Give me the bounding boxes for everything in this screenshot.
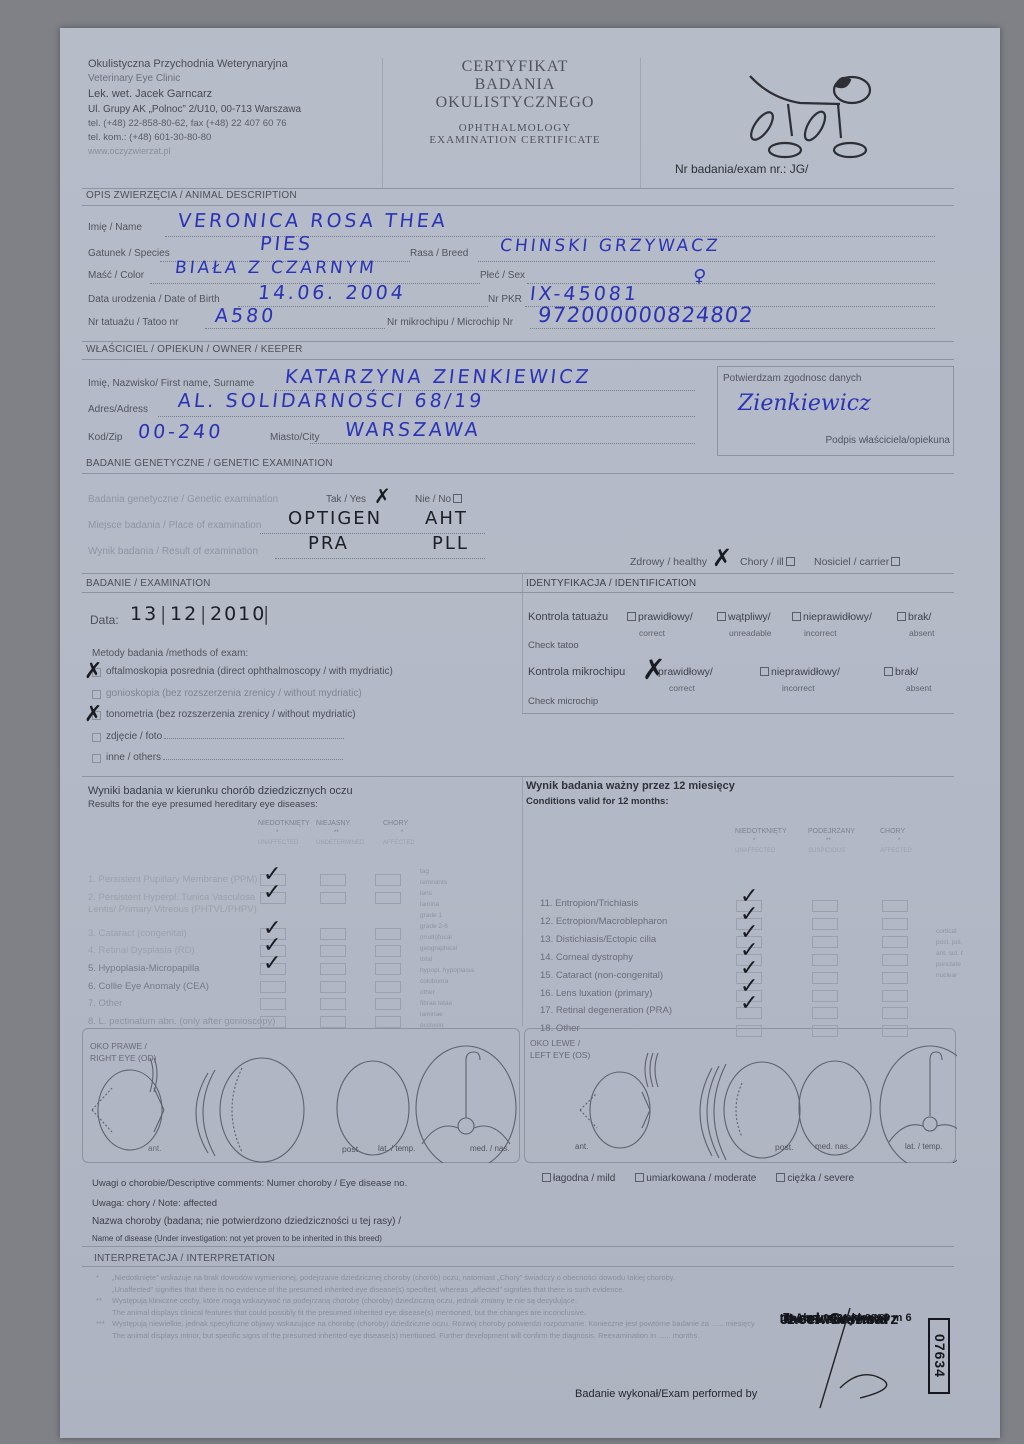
healthy-checkmark: ✗ — [712, 546, 732, 570]
chip-value[interactable]: 972000000824802 — [537, 303, 755, 327]
exam-number: Nr badania/exam nr.: JG/ — [675, 162, 808, 176]
hereditary-disease-label: 8. L. pectinatum abn. (only after gonios… — [88, 1016, 275, 1027]
clinic-phone: tel. (+48) 22-858-80-62, fax (+48) 22 40… — [88, 118, 388, 129]
vet-signature-icon — [780, 1298, 930, 1428]
right-post-label: post — [342, 1144, 358, 1154]
valid12-disease-label: 14. Corneal dystrophy — [540, 952, 633, 963]
clinic-doctor: Lek. wet. Jacek Garncarz — [88, 88, 388, 100]
method-option[interactable]: zdjęcie / foto — [90, 731, 510, 753]
dob-label: Data urodzenia / Date of Birth — [88, 294, 220, 305]
left-post-label: post. — [775, 1142, 793, 1152]
animal-section-title: OPIS ZWIERZĘCIA / ANIMAL DESCRIPTION — [86, 190, 297, 201]
hereditary-result-box[interactable] — [260, 998, 286, 1010]
severity-options: łagodna / mildumiarkowana / moderatecięż… — [540, 1173, 872, 1184]
genetic-result-value-1[interactable]: PRA — [308, 533, 349, 554]
title-line-3: OKULISTYCZNEGO — [395, 94, 635, 112]
species-value[interactable]: PIES — [259, 233, 314, 255]
interpretation-text-line: The animal displays minor, but specific … — [112, 1331, 699, 1340]
valid12-disease-label: 11. Entropion/Trichiasis — [540, 898, 638, 909]
subtitle-line-2: EXAMINATION CERTIFICATE — [395, 134, 635, 146]
genetic-place-value-1[interactable]: OPTIGEN — [288, 508, 382, 529]
method-option[interactable]: gonioskopia (bez rozszerzenia zrenicy / … — [90, 688, 510, 710]
tattoo-option-en: unreadable — [729, 628, 772, 638]
genetic-carrier-option[interactable]: Nosiciel / carrier — [814, 556, 902, 568]
genetic-yes-checkmark: ✗ — [374, 486, 391, 506]
breed-value[interactable]: CHINSKI GRZYWACZ — [499, 236, 722, 256]
genetic-place-value-2[interactable]: AHT — [425, 508, 468, 529]
chip-option-en: incorrect — [782, 683, 815, 693]
chip-option-checkbox[interactable] — [760, 667, 769, 676]
valid12-side-note: cortical — [936, 926, 963, 937]
method-fill-line — [164, 738, 344, 739]
valid12-col-header: CHORY — [880, 828, 905, 835]
owner-name-label: Imię, Nazwisko/ First name, Surname — [88, 378, 254, 389]
method-label: gonioskopia (bez rozszerzenia zrenicy / … — [106, 688, 362, 699]
chip-option-label: brak/ — [895, 666, 918, 678]
method-label: oftalmoskopia posrednia (direct ophthalm… — [106, 666, 393, 677]
hereditary-result-box[interactable] — [320, 981, 346, 993]
valid12-result-box[interactable] — [736, 1025, 762, 1037]
examination-section-title: BADANIE / EXAMINATION — [86, 578, 211, 589]
interpretation-text-line: „Niedotknięte” wskazuje na brak dowodów … — [112, 1273, 675, 1282]
hereditary-col-en: UNAFFECTED — [258, 840, 298, 846]
hereditary-result-box[interactable] — [320, 945, 346, 957]
hereditary-result-box[interactable] — [320, 928, 346, 940]
chip-option-label: nieprawidłowy/ — [771, 666, 840, 678]
hereditary-side-note: laminae — [420, 1009, 474, 1020]
hereditary-title-en: Results for the eye presumed hereditary … — [88, 799, 318, 810]
valid12-col-mark: ** — [826, 838, 831, 844]
hereditary-side-note: hypopl. hypoplasia — [420, 965, 474, 976]
method-label: zdjęcie / foto — [106, 731, 162, 742]
valid12-result-box[interactable] — [812, 1007, 838, 1019]
hereditary-result-box[interactable] — [375, 981, 401, 993]
method-label: tonometria (bez rozszerzenia zrenicy / w… — [106, 709, 356, 720]
chip-option-en: correct — [669, 683, 695, 693]
interpretation-section-title: INTERPRETACJA / INTERPRETATION — [94, 1253, 275, 1264]
owner-name-value[interactable]: KATARZYNA ZIENKIEWICZ — [284, 366, 593, 388]
unaffected-checkmark: ✓ — [740, 993, 758, 1015]
clinic-name-pl: Okulistyczna Przychodnia Weterynaryjna — [88, 58, 388, 70]
color-value[interactable]: BIAŁA Z CZARNYM — [174, 258, 378, 278]
certificate-sheet: Okulistyczna Przychodnia Weterynaryjna V… — [60, 28, 1000, 1438]
owner-address-value[interactable]: AL. SOLIDARNOŚCI 68/19 — [177, 390, 486, 412]
interpretation-mark: *** — [96, 1318, 105, 1330]
chip-option-label: prawidłowy/ — [658, 666, 713, 678]
left-ant-label: ant. — [575, 1142, 588, 1151]
animal-name-label: Imię / Name — [88, 222, 142, 233]
performed-by-label: Badanie wykonał/Exam performed by — [575, 1388, 757, 1400]
valid12-result-box[interactable] — [812, 972, 838, 984]
title-line-2: BADANIA — [395, 76, 635, 94]
valid12-disease-label: 17. Retinal degeneration (PRA) — [540, 1005, 672, 1016]
chip-check-label: Kontrola mikrochipu — [528, 666, 625, 678]
severity-checkbox[interactable] — [635, 1173, 644, 1182]
hereditary-result-box[interactable] — [320, 892, 346, 904]
method-checkbox[interactable] — [92, 733, 101, 742]
severity-option[interactable]: umiarkowana / moderate — [633, 1173, 756, 1184]
severity-option[interactable]: ciężka / severe — [774, 1173, 854, 1184]
animal-name-value[interactable]: VERONICA ROSA THEA — [177, 210, 449, 232]
hereditary-disease-label: 2. Persistent Hyperpl. Tunica Vasculosa … — [88, 892, 268, 916]
hereditary-title-pl: Wyniki badania w kierunku chorób dziedzi… — [88, 785, 353, 797]
unaffected-checkmark: ✓ — [263, 882, 281, 904]
healthy-label: Zdrowy / healthy — [630, 556, 707, 568]
hereditary-col-en: UNDETERMINED — [316, 840, 364, 846]
dob-value[interactable]: 14.06. 2004 — [257, 282, 407, 304]
chip-option-en: absent — [906, 683, 932, 693]
hereditary-disease-label: 3. Cataract (congenital) — [88, 928, 187, 939]
methods-label: Metody badania /methods of exam: — [92, 648, 248, 659]
tattoo-label: Nr tatuażu / Tatoo nr — [88, 317, 178, 328]
hereditary-result-box[interactable] — [375, 892, 401, 904]
left-med-label: med. nas. — [815, 1142, 850, 1151]
valid12-result-box[interactable] — [882, 1025, 908, 1037]
severity-checkbox[interactable] — [776, 1173, 785, 1182]
valid12-disease-label: 18. Other — [540, 1023, 580, 1034]
hereditary-disease-label: 5. Hypoplasia-Micropapilla — [88, 963, 199, 974]
tattoo-option-label: nieprawidłowy/ — [803, 611, 872, 623]
dog-logo-icon — [740, 68, 880, 168]
signature-caption: Podpis właściciela/opiekuna — [825, 435, 950, 446]
valid12-title-pl: Wynik badania ważny przez 12 miesięcy — [526, 780, 735, 792]
tattoo-option-label: brak/ — [908, 611, 931, 623]
severity-label: umiarkowana / moderate — [646, 1173, 756, 1184]
tattoo-option-checkbox[interactable] — [717, 612, 726, 621]
sex-label: Płeć / Sex — [480, 270, 525, 281]
valid12-result-box[interactable] — [882, 1007, 908, 1019]
chip-option-checkbox[interactable] — [884, 667, 893, 676]
valid12-result-box[interactable] — [882, 954, 908, 966]
severity-label: ciężka / severe — [787, 1173, 854, 1184]
valid12-result-box[interactable] — [812, 954, 838, 966]
owner-signature[interactable]: Zienkiewicz — [738, 391, 871, 416]
genetic-no-checkbox[interactable] — [453, 494, 462, 503]
clinic-info: Okulistyczna Przychodnia Weterynaryjna V… — [88, 58, 388, 156]
hereditary-result-box[interactable] — [375, 874, 401, 886]
valid12-result-box[interactable] — [812, 990, 838, 1002]
tattoo-option-en: absent — [909, 628, 935, 638]
interpretation-mark: * — [96, 1272, 99, 1284]
genetic-no-label: Nie / No — [415, 494, 451, 505]
right-lat-label: lat. / temp. — [378, 1144, 415, 1153]
hereditary-disease-label: 1. Persistent Pupillary Membrane (PPM) — [88, 874, 257, 885]
ill-label: Chory / ill — [740, 556, 784, 568]
exam-date-day[interactable]: 13 — [130, 603, 158, 625]
hereditary-side-note: fibrae latae — [420, 998, 474, 1009]
comments-line-4: Name of disease (Under investigation: no… — [92, 1234, 382, 1243]
clinic-website[interactable]: www.oczyzwierzat.pl — [88, 146, 388, 156]
hereditary-result-box[interactable] — [320, 1016, 346, 1028]
hereditary-result-box[interactable] — [320, 963, 346, 975]
clinic-name-en: Veterinary Eye Clinic — [88, 73, 388, 84]
tattoo-option[interactable]: wątpliwy/ — [715, 611, 771, 623]
valid12-result-box[interactable] — [812, 918, 838, 930]
interpretation-text-line: „Unaffected” signifies that there is no … — [112, 1285, 625, 1294]
valid12-disease-label: 12. Ectropion/Macroblepharon — [540, 916, 667, 927]
methods-list: ✗oftalmoskopia posrednia (direct ophthal… — [90, 666, 510, 774]
hereditary-result-box[interactable] — [375, 928, 401, 940]
exam-date-month[interactable]: 12 — [170, 603, 198, 625]
valid12-disease-label: 13. Distichiasis/Ectopic cilia — [540, 934, 656, 945]
hereditary-side-note: lens — [420, 888, 474, 899]
valid12-result-box[interactable] — [882, 918, 908, 930]
valid12-col-header: PODEJRZANY — [808, 828, 855, 835]
tattoo-option-en: incorrect — [804, 628, 837, 638]
interpretation-text-line: The animal displays clinical features th… — [112, 1308, 586, 1317]
valid12-col-en: AFFECTED — [880, 848, 912, 854]
hereditary-col-header: NIEDOTKNIĘTY — [258, 820, 310, 827]
hereditary-result-box[interactable] — [260, 981, 286, 993]
city-label: Miasto/City — [270, 432, 319, 443]
valid12-col-mark: * — [753, 838, 755, 844]
exam-date-label: Data: — [90, 613, 119, 627]
tattoo-check-sub: Check tatoo — [528, 640, 579, 651]
hereditary-side-note: total — [420, 954, 474, 965]
right-ant-label: ant. — [148, 1144, 161, 1153]
hereditary-result-box[interactable] — [320, 874, 346, 886]
zip-label: Kod/Zip — [88, 432, 122, 443]
method-checkmark: ✗ — [84, 701, 102, 727]
exam-date-year[interactable]: 2010 — [210, 603, 266, 625]
genetic-yes-option[interactable]: Tak / Yes — [326, 494, 366, 505]
subtitle-line-1: OPHTHALMOLOGY — [395, 122, 635, 134]
severity-checkbox[interactable] — [542, 1173, 551, 1182]
valid12-side-note: ant. sut. t — [936, 948, 963, 959]
left-lat-label: lat. / temp. — [905, 1142, 942, 1151]
city-value[interactable]: WARSZAWA — [344, 419, 482, 441]
tattoo-check-label: Kontrola tatuażu — [528, 611, 608, 623]
hereditary-result-box[interactable] — [375, 963, 401, 975]
genetic-result-label: Wynik badania / Result of examination — [88, 546, 258, 557]
hereditary-disease-label: 4. Retinal Dysplasia (RD) — [88, 945, 195, 956]
method-fill-line — [163, 759, 343, 760]
interpretation-text-line: Występują niewielkie, jednak specyficzne… — [112, 1319, 755, 1328]
clinic-address: Ul. Grupy AK „Polnoc” 2/U10, 00-713 Wars… — [88, 104, 388, 115]
pkr-value[interactable]: IX-45081 — [529, 283, 640, 305]
hereditary-side-note: (multi)focal — [420, 932, 474, 943]
comments-line-3: Nazwa choroby (badana; nie potwierdzono … — [92, 1216, 401, 1227]
hereditary-disease-label: 6. Collie Eye Anomaly (CEA) — [88, 981, 209, 992]
valid12-result-box[interactable] — [882, 972, 908, 984]
identification-section-title: IDENTYFIKACJA / IDENTIFICATION — [526, 578, 696, 589]
hereditary-disease-label: 7. Other — [88, 998, 122, 1009]
genetic-yes-label: Tak / Yes — [326, 494, 366, 505]
genetic-no-option[interactable]: Nie / No — [415, 494, 464, 505]
hereditary-side-note: lamina — [420, 899, 474, 910]
method-checkbox[interactable] — [92, 690, 101, 699]
hereditary-result-box[interactable] — [375, 998, 401, 1010]
hereditary-side-note: other — [420, 987, 474, 998]
genetic-result-value-2[interactable]: PLL — [432, 533, 469, 554]
valid12-result-box[interactable] — [882, 990, 908, 1002]
hereditary-result-box[interactable] — [260, 1016, 286, 1028]
stamp-number-box: 07634 — [928, 1318, 950, 1394]
chip-option[interactable]: brak/ — [882, 666, 918, 678]
owner-confirmation-box: Potwierdzam zgodnosc danych Zienkiewicz … — [717, 366, 954, 456]
severity-label: łagodna / mild — [553, 1173, 615, 1184]
right-med-label: med. / nas. — [470, 1144, 510, 1153]
species-label: Gatunek / Species — [88, 248, 170, 259]
hereditary-col-mark: * — [276, 830, 278, 836]
tattoo-option-label: wątpliwy/ — [728, 611, 771, 623]
valid12-result-box[interactable] — [882, 936, 908, 948]
valid12-disease-label: 15. Cataract (non-congenital) — [540, 970, 663, 981]
hereditary-col-en: AFFECTED — [383, 840, 415, 846]
chip-option[interactable]: nieprawidłowy/ — [758, 666, 840, 678]
genetic-section-title: BADANIE GENETYCZNE / GENETIC EXAMINATION — [86, 458, 333, 469]
comments-line-2: Uwaga: chory / Note: affected — [92, 1198, 217, 1209]
hereditary-result-box[interactable] — [320, 998, 346, 1010]
tattoo-option-checkbox[interactable] — [897, 612, 906, 621]
method-option[interactable]: ✗oftalmoskopia posrednia (direct ophthal… — [90, 666, 510, 688]
title-line-1: CERTYFIKAT — [395, 58, 635, 76]
zip-value[interactable]: 00-240 — [137, 421, 225, 443]
carrier-checkbox[interactable] — [891, 557, 900, 566]
hereditary-side-note: remnants — [420, 877, 474, 888]
hereditary-result-box[interactable] — [375, 945, 401, 957]
chip-label: Nr mikrochipu / Microchip Nr — [387, 317, 513, 328]
owner-section-title: WŁAŚCICIEL / OPIEKUN / OWNER / KEEPER — [86, 344, 303, 355]
hereditary-side-note: geographical — [420, 943, 474, 954]
method-option[interactable]: ✗tonometria (bez rozszerzenia zrenicy / … — [90, 709, 510, 731]
genetic-exam-label: Badania genetyczne / Genetic examination — [88, 494, 278, 505]
clinic-mobile: tel. kom.: (+48) 601-30-80-80 — [88, 132, 388, 143]
tattoo-option-checkbox[interactable] — [792, 612, 801, 621]
stamp-number: 07634 — [932, 1320, 948, 1392]
tattoo-option-checkbox[interactable] — [627, 612, 636, 621]
chip-correct-checkmark: ✗ — [642, 656, 665, 684]
ill-checkbox[interactable] — [786, 557, 795, 566]
interpretation-text-line: Występują kliniczne cechy, które mogą ws… — [112, 1296, 577, 1305]
hereditary-side-note: grade 1 — [420, 910, 474, 921]
valid12-title-en: Conditions valid for 12 months: — [526, 796, 669, 807]
hereditary-col-mark: * — [401, 830, 403, 836]
hereditary-col-mark: ** — [334, 830, 339, 836]
color-label: Maść / Color — [88, 270, 144, 281]
hereditary-col-header: CHORY — [383, 820, 408, 827]
interpretation-line: „Unaffected” signifies that there is no … — [96, 1284, 916, 1296]
breed-label: Rasa / Breed — [410, 248, 468, 259]
valid12-disease-label: 16. Lens luxation (primary) — [540, 988, 652, 999]
valid12-col-en: SUSPICIOUS — [808, 848, 845, 854]
hereditary-result-box[interactable] — [375, 1016, 401, 1028]
tattoo-option[interactable]: brak/ — [895, 611, 931, 623]
confirm-label: Potwierdzam zgodnosc danych — [723, 373, 861, 384]
tattoo-value[interactable]: A580 — [214, 305, 278, 327]
valid12-result-box[interactable] — [812, 900, 838, 912]
unaffected-checkmark: ✓ — [263, 953, 281, 975]
interpretation-mark: ** — [96, 1295, 102, 1307]
genetic-ill-option[interactable]: Chory / ill — [740, 556, 797, 568]
method-checkmark: ✗ — [84, 658, 102, 684]
certificate-title: CERTYFIKAT BADANIA OKULISTYCZNEGO OPHTHA… — [395, 58, 635, 146]
hereditary-side-note: grade 2-6 — [420, 921, 474, 932]
valid12-side-note: post. pol. — [936, 937, 963, 948]
chip-check-sub: Check microchip — [528, 696, 598, 707]
carrier-label: Nosiciel / carrier — [814, 556, 889, 568]
valid12-side-note: punctate — [936, 959, 963, 970]
valid12-result-box[interactable] — [812, 936, 838, 948]
genetic-healthy-option[interactable]: Zdrowy / healthy — [630, 556, 707, 568]
valid12-col-mark: * — [898, 838, 900, 844]
method-label: inne / others — [106, 752, 161, 763]
genetic-place-label: Miejsce badania / Place of examination — [88, 520, 261, 531]
valid12-col-en: UNAFFECTED — [735, 848, 775, 854]
tattoo-option[interactable]: prawidłowy/ — [625, 611, 693, 623]
valid12-result-box[interactable] — [882, 900, 908, 912]
tattoo-option-label: prawidłowy/ — [638, 611, 693, 623]
interpretation-line: *„Niedotknięte” wskazuje na brak dowodów… — [96, 1272, 916, 1284]
valid12-result-box[interactable] — [812, 1025, 838, 1037]
hereditary-col-header: NIEJASNY — [316, 820, 350, 827]
severity-option[interactable]: łagodna / mild — [540, 1173, 615, 1184]
valid12-side-note: nuclear — [936, 970, 963, 981]
hereditary-side-note: coloboma — [420, 976, 474, 987]
comments-line-1: Uwagi o chorobie/Descriptive comments: N… — [92, 1178, 407, 1189]
pkr-label: Nr PKR — [488, 294, 522, 305]
tattoo-option[interactable]: nieprawidłowy/ — [790, 611, 872, 623]
method-checkbox[interactable] — [92, 754, 101, 763]
hereditary-side-note: tag — [420, 866, 474, 877]
tattoo-option-en: correct — [639, 628, 665, 638]
method-option[interactable]: inne / others — [90, 752, 510, 774]
owner-address-label: Adres/Adress — [88, 404, 148, 415]
valid12-col-header: NIEDOTKNIĘTY — [735, 828, 787, 835]
